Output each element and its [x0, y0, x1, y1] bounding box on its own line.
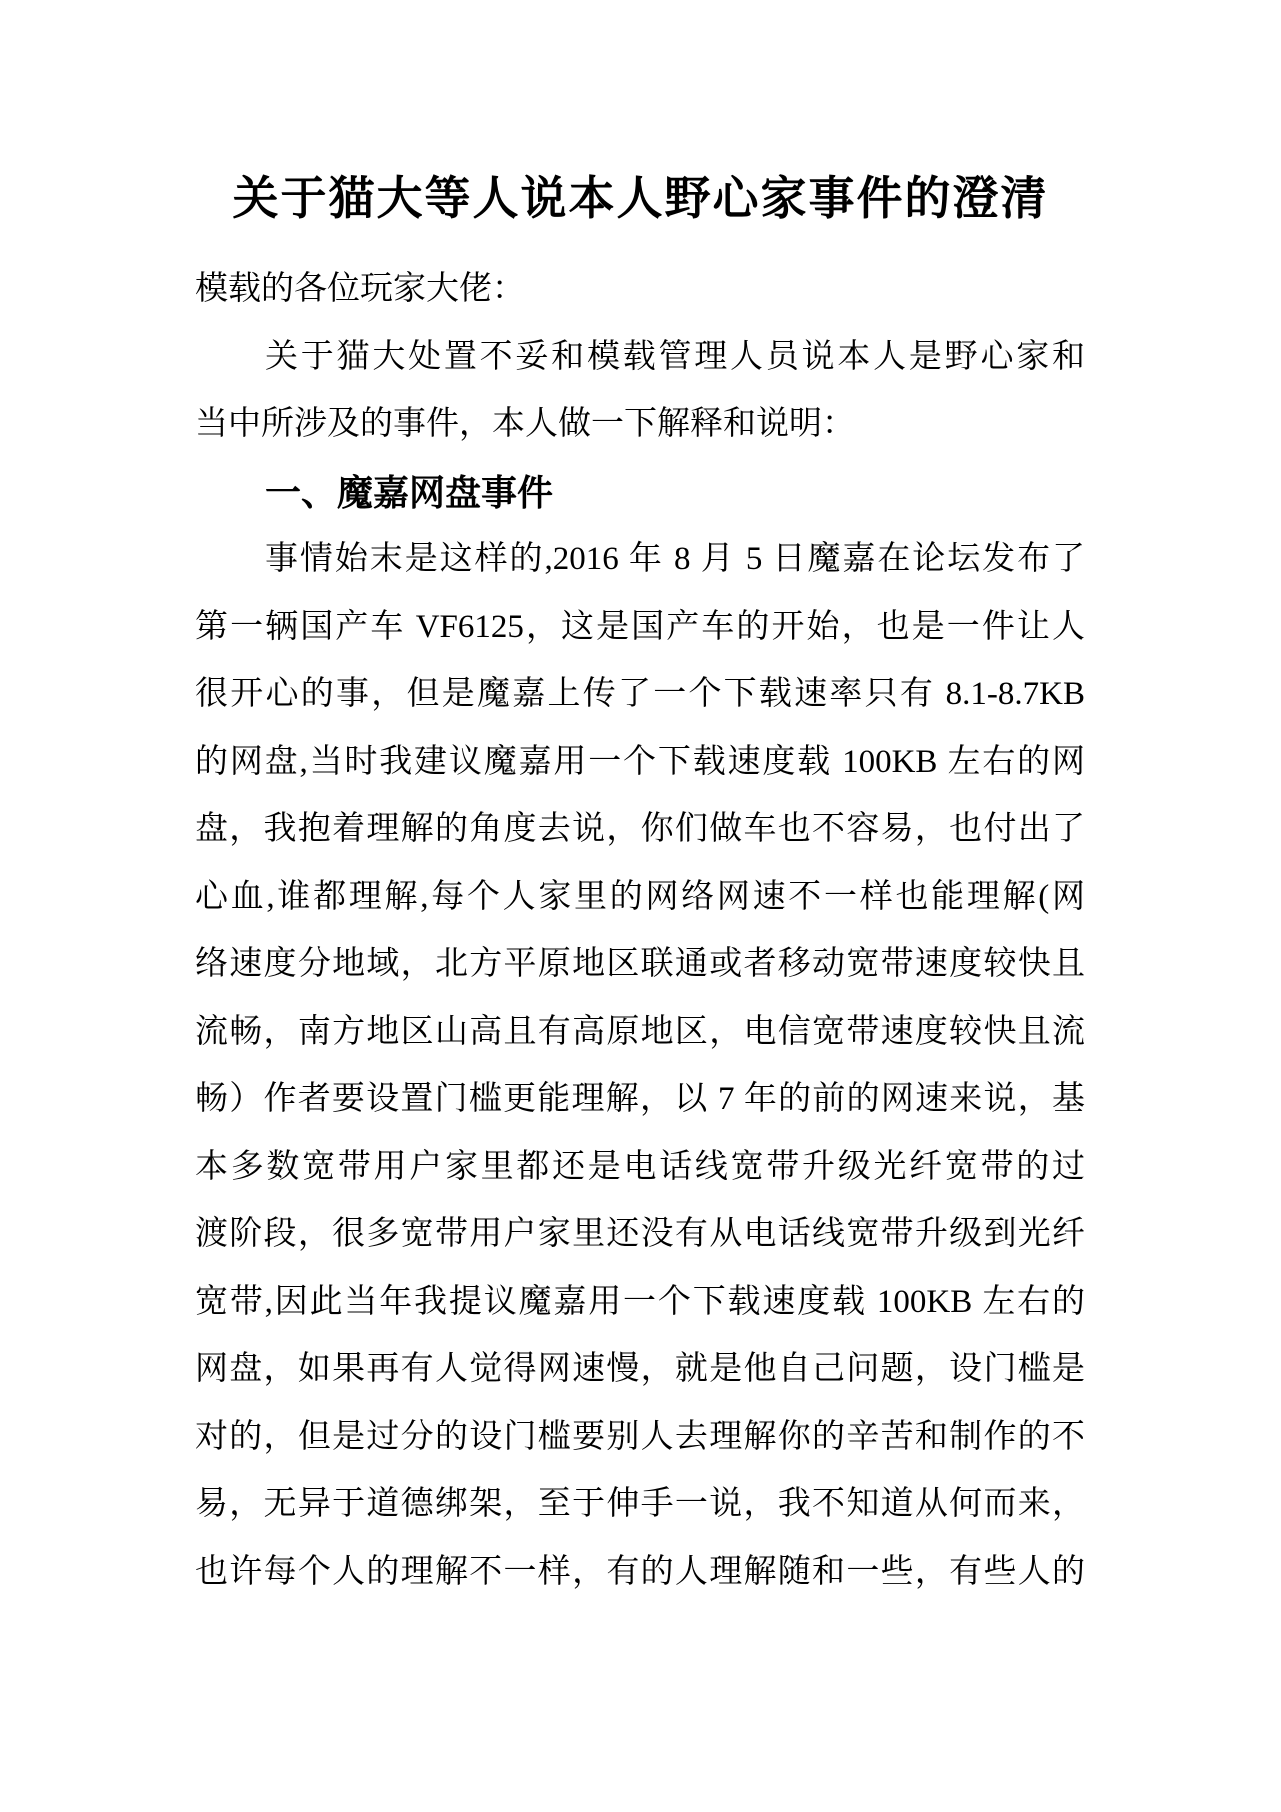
doc-line: 网盘，如果再有人觉得网速慢，就是他自己问题，设门槛是 — [195, 1336, 1085, 1404]
doc-line: 络速度分地域，北方平原地区联通或者移动宽带速度较快且 — [195, 931, 1085, 999]
doc-line: 畅）作者要设置门槛更能理解，以 7 年的前的网速来说，基 — [195, 1066, 1085, 1134]
doc-line: 的网盘,当时我建议魔嘉用一个下载速度载 100KB 左右的网 — [195, 729, 1085, 797]
doc-line: 盘，我抱着理解的角度去说，你们做车也不容易，也付出了 — [195, 796, 1085, 864]
doc-line: 心血,谁都理解,每个人家里的网络网速不一样也能理解(网 — [195, 864, 1085, 932]
doc-line: 本多数宽带用户家里都还是电话线宽带升级光纤宽带的过 — [195, 1134, 1085, 1202]
doc-line: 第一辆国产车 VF6125，这是国产车的开始，也是一件让人 — [195, 594, 1085, 662]
doc-line: 关于猫大处置不妥和模载管理人员说本人是野心家和 — [195, 324, 1085, 392]
doc-line: 流畅，南方地区山高且有高原地区，电信宽带速度较快且流 — [195, 999, 1085, 1067]
doc-line: 很开心的事，但是魔嘉上传了一个下载速率只有 8.1-8.7KB — [195, 661, 1085, 729]
doc-line: 也许每个人的理解不一样，有的人理解随和一些，有些人的 — [195, 1539, 1085, 1607]
doc-line: 渡阶段，很多宽带用户家里还没有从电话线宽带升级到光纤 — [195, 1201, 1085, 1269]
doc-line: 事情始末是这样的,2016 年 8 月 5 日魔嘉在论坛发布了 — [195, 526, 1085, 594]
document-title: 关于猫大等人说本人野心家事件的澄清 — [0, 169, 1281, 229]
salutation-line: 模载的各位玩家大佬： — [195, 256, 1085, 324]
doc-line: 当中所涉及的事件，本人做一下解释和说明： — [195, 391, 1085, 459]
doc-line: 对的，但是过分的设门槛要别人去理解你的辛苦和制作的不 — [195, 1404, 1085, 1472]
doc-line: 易，无异于道德绑架，至于伸手一说，我不知道从何而来， — [195, 1471, 1085, 1539]
document-body: 模载的各位玩家大佬： 关于猫大处置不妥和模载管理人员说本人是野心家和 当中所涉及… — [195, 256, 1085, 1606]
section-heading: 一、魔嘉网盘事件 — [195, 459, 1085, 527]
document-page: 关于猫大等人说本人野心家事件的澄清 模载的各位玩家大佬： 关于猫大处置不妥和模载… — [0, 0, 1281, 1812]
doc-line: 宽带,因此当年我提议魔嘉用一个下载速度载 100KB 左右的 — [195, 1269, 1085, 1337]
